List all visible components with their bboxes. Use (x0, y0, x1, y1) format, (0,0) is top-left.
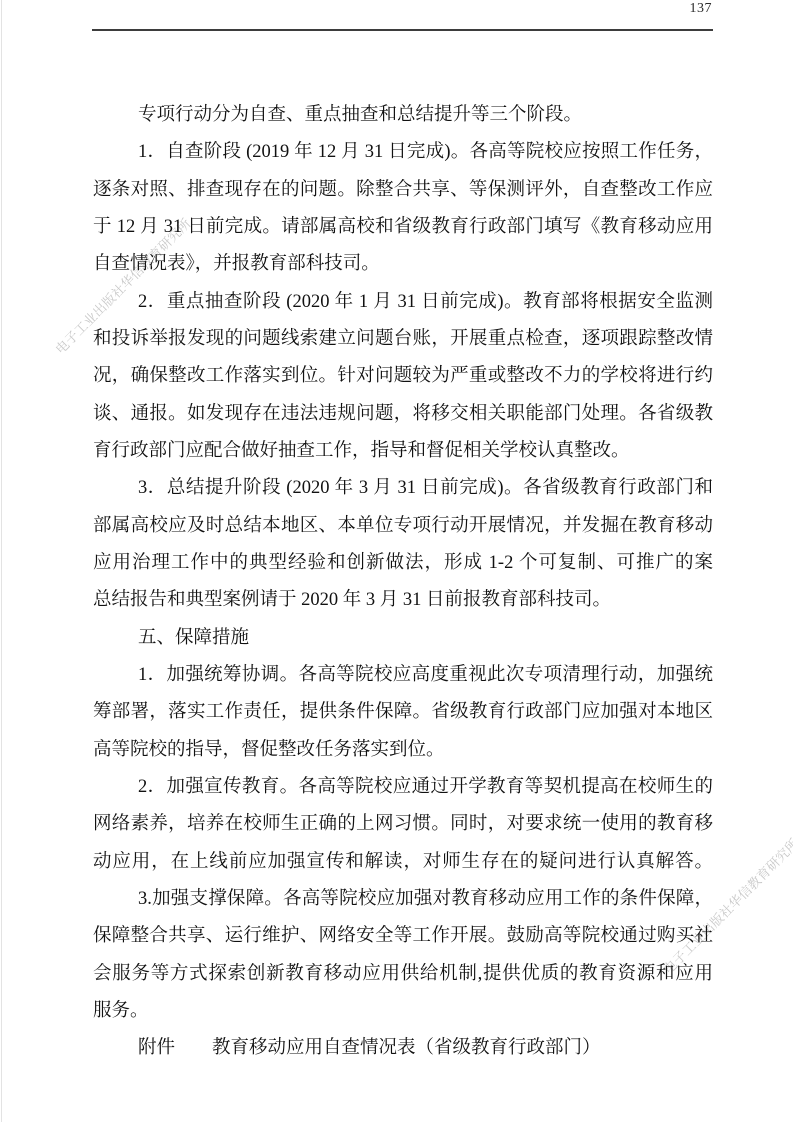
text-line: 动应用，在上线前应加强宣传和解读，对师生存在的疑问进行认真解答。 (93, 844, 713, 881)
header-rule (92, 29, 713, 31)
document-page: 137 电子工业出版社华信教育研究所 电子工业出版社华信教育研究所 专项行动分为… (0, 0, 793, 1122)
page-edge-artifact (1, 0, 2, 1122)
text-line: 会服务等方式探索创新教育移动应用供给机制,提供优质的教育资源和应用 (93, 956, 713, 993)
text-line: 专项行动分为自查、重点抽查和总结提升等三个阶段。 (93, 97, 713, 134)
text-line: 保障整合共享、运行维护、网络安全等工作开展。鼓励高等院校通过购买社 (93, 918, 713, 955)
page-number: 137 (690, 1, 713, 17)
text-line: 附件 教育移动应用自查情况表（省级教育行政部门） (93, 1030, 713, 1067)
document-body: 专项行动分为自查、重点抽查和总结提升等三个阶段。1．自查阶段 (2019 年 1… (93, 97, 713, 1068)
text-line: 1．加强统筹协调。各高等院校应高度重视此次专项清理行动，加强统 (93, 657, 713, 694)
text-line: 逐条对照、排查现存在的问题。除整合共享、等保测评外，自查整改工作应 (93, 172, 713, 209)
text-line: 1．自查阶段 (2019 年 12 月 31 日完成)。各高等院校应按照工作任务… (93, 134, 713, 171)
text-line: 应用治理工作中的典型经验和创新做法，形成 1-2 个可复制、可推广的案例。 (93, 545, 713, 582)
text-line: 和投诉举报发现的问题线索建立问题台账，开展重点检查，逐项跟踪整改情 (93, 321, 713, 358)
text-line: 网络素养，培养在校师生正确的上网习惯。同时，对要求统一使用的教育移 (93, 806, 713, 843)
text-line: 筹部署，落实工作责任，提供条件保障。省级教育行政部门应加强对本地区 (93, 694, 713, 731)
text-line: 五、保障措施 (93, 620, 713, 657)
text-line: 3.加强支撑保障。各高等院校应加强对教育移动应用工作的条件保障， (93, 881, 713, 918)
text-line: 部属高校应及时总结本地区、本单位专项行动开展情况，并发掘在教育移动 (93, 508, 713, 545)
text-line: 2．重点抽查阶段 (2020 年 1 月 31 日前完成)。教育部将根据安全监测 (93, 284, 713, 321)
text-line: 育行政部门应配合做好抽查工作，指导和督促相关学校认真整改。 (93, 433, 713, 470)
text-line: 自查情况表》，并报教育部科技司。 (93, 246, 713, 283)
text-line: 服务。 (93, 993, 713, 1030)
text-line: 谈、通报。如发现存在违法违规问题，将移交相关职能部门处理。各省级教 (93, 396, 713, 433)
text-line: 高等院校的指导，督促整改任务落实到位。 (93, 732, 713, 769)
text-line: 2．加强宣传教育。各高等院校应通过开学教育等契机提高在校师生的 (93, 769, 713, 806)
text-line: 3．总结提升阶段 (2020 年 3 月 31 日前完成)。各省级教育行政部门和 (93, 470, 713, 507)
text-line: 总结报告和典型案例请于 2020 年 3 月 31 日前报教育部科技司。 (93, 582, 713, 619)
text-line: 于 12 月 31 日前完成。请部属高校和省级教育行政部门填写《教育移动应用 (93, 209, 713, 246)
text-line: 况，确保整改工作落实到位。针对问题较为严重或整改不力的学校将进行约 (93, 358, 713, 395)
